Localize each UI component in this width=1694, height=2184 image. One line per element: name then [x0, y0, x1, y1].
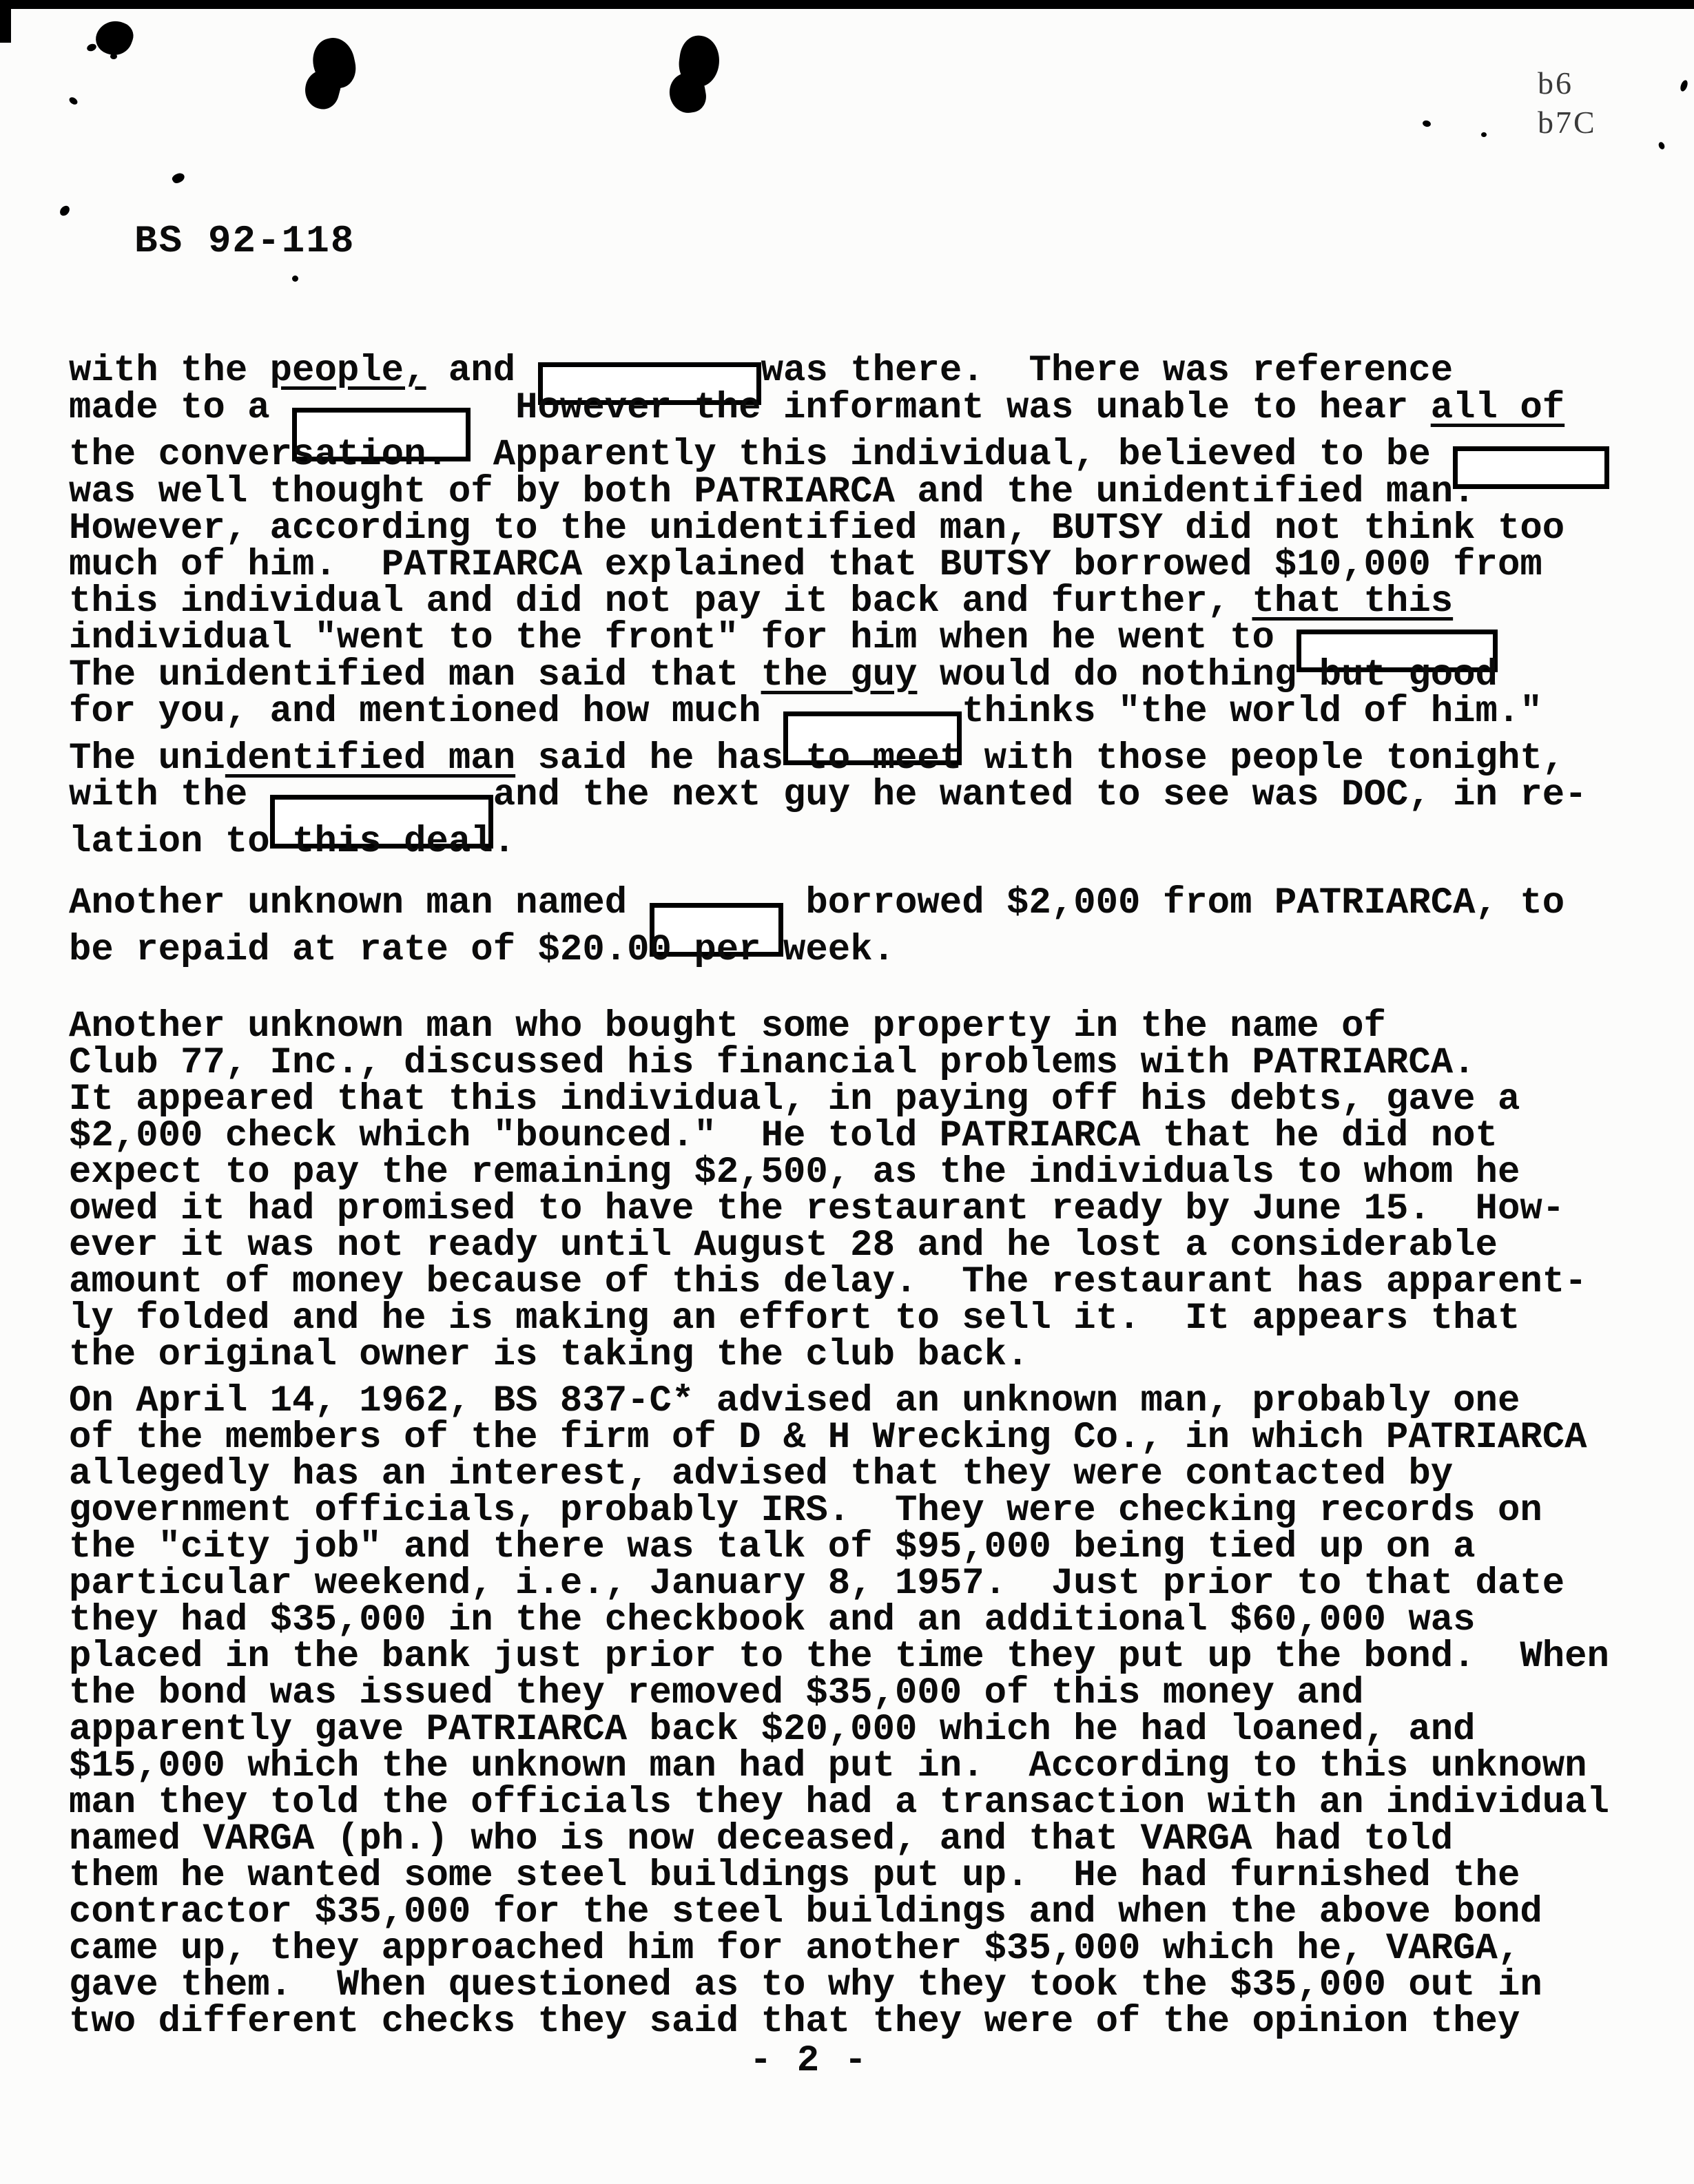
text-run: man they told the officials they had a t… — [69, 1782, 1609, 1824]
text-run: be repaid at rate of $20.00 per week. — [69, 929, 895, 971]
text-run: Club 77, Inc., discussed his financial p… — [69, 1042, 1476, 1084]
text-run: the original owner is taking the club ba… — [69, 1334, 1029, 1376]
text-line: ly folded and he is making an effort to … — [69, 1300, 1653, 1337]
text-run: was well thought of by both PATRIARCA an… — [69, 471, 1476, 513]
text-run: expect to pay the remaining $2,500, as t… — [69, 1152, 1520, 1194]
text-line: be repaid at rate of $20.00 per week. — [69, 932, 1653, 968]
text-run: It appeared that this individual, in pay… — [69, 1079, 1520, 1121]
text-run: Another unknown man who bought some prop… — [69, 1006, 1386, 1048]
text-run: borrowed $2,000 from PATRIARCA, to — [783, 882, 1564, 924]
text-line: The unidentified man said that the guy w… — [69, 657, 1653, 694]
text-line: $15,000 which the unknown man had put in… — [69, 1748, 1653, 1785]
text-line: allegedly has an interest, advised that … — [69, 1456, 1653, 1493]
text-line: named VARGA (ph.) who is now deceased, a… — [69, 1821, 1653, 1858]
text-run: However, according to the unidentified m… — [69, 508, 1564, 550]
paragraph: Another unknown man who bought some prop… — [69, 1008, 1653, 1373]
redaction-box — [1453, 446, 1609, 489]
ink-speck — [1679, 79, 1688, 92]
text-run: thinks "the world of him." — [962, 691, 1542, 733]
text-line: the original owner is taking the club ba… — [69, 1337, 1653, 1373]
text-line: The unidentified man said he has to meet… — [69, 740, 1653, 777]
text-line: gave them. When questioned as to why the… — [69, 1967, 1653, 2004]
text-run: for you, and mentioned how much — [69, 691, 783, 733]
text-run: $2,000 check which "bounced." He told PA… — [69, 1115, 1498, 1157]
text-run: came up, they approached him for another… — [69, 1928, 1520, 1970]
text-run: them he wanted some steel buildings put … — [69, 1855, 1520, 1897]
text-run: gave them. When questioned as to why the… — [69, 1964, 1542, 2006]
ink-speck — [68, 96, 79, 106]
text-line: Another unknown man who bought some prop… — [69, 1008, 1653, 1045]
text-line: $2,000 check which "bounced." He told PA… — [69, 1118, 1653, 1154]
text-line: placed in the bank just prior to the tim… — [69, 1639, 1653, 1675]
underlined-text: the guy — [761, 654, 918, 696]
text-line: Club 77, Inc., discussed his financial p… — [69, 1045, 1653, 1081]
text-line: contractor $35,000 for the steel buildin… — [69, 1894, 1653, 1931]
document-body: with the people, and was there. There wa… — [69, 353, 1653, 2040]
classification-mark-b6: b6 — [1538, 63, 1597, 103]
text-run: particular weekend, i.e., January 8, 195… — [69, 1563, 1564, 1605]
text-run: Another unknown man named — [69, 882, 650, 924]
text-run: government officials, probably IRS. They… — [69, 1490, 1542, 1532]
text-run: amount of money because of this delay. T… — [69, 1261, 1587, 1303]
ink-speck — [1481, 132, 1487, 137]
text-line: with the and the next guy he wanted to s… — [69, 777, 1653, 824]
underlined-text: that this — [1252, 581, 1453, 623]
text-run: However the informant was unable to hear — [471, 387, 1430, 429]
text-run: individual "went to the front" for him w… — [69, 617, 1297, 659]
text-line: the bond was issued they removed $35,000… — [69, 1675, 1653, 1712]
text-line: However, according to the unidentified m… — [69, 510, 1653, 547]
text-line: two different checks they said that they… — [69, 2004, 1653, 2040]
text-line: this individual and did not pay it back … — [69, 583, 1653, 620]
text-line: amount of money because of this delay. T… — [69, 1264, 1653, 1300]
text-line: individual "went to the front" for him w… — [69, 620, 1653, 657]
text-run: this individual and did not pay it back … — [69, 581, 1252, 623]
text-run: was there. There was reference — [761, 350, 1454, 392]
text-run: they had $35,000 in the checkbook and an… — [69, 1599, 1476, 1641]
text-run: ly folded and he is making an effort to … — [69, 1298, 1520, 1340]
text-run: ever it was not ready until August 28 an… — [69, 1225, 1498, 1267]
text-line: of the members of the firm of D & H Wrec… — [69, 1419, 1653, 1456]
text-line: On April 14, 1962, BS 837-C* advised an … — [69, 1383, 1653, 1419]
classification-marks: b6 b7C — [1538, 63, 1597, 142]
underlined-text: people, — [270, 350, 426, 392]
text-line: government officials, probably IRS. They… — [69, 1493, 1653, 1529]
text-line: for you, and mentioned how much thinks "… — [69, 694, 1653, 740]
paragraph: Another unknown man named borrowed $2,00… — [69, 885, 1653, 968]
text-run: the bond was issued they removed $35,000… — [69, 1672, 1364, 1714]
text-run: allegedly has an interest, advised that … — [69, 1453, 1453, 1495]
text-run: $15,000 which the unknown man had put in… — [69, 1745, 1587, 1787]
text-run: apparently gave PATRIARCA back $20,000 w… — [69, 1709, 1476, 1751]
text-line: ever it was not ready until August 28 an… — [69, 1227, 1653, 1264]
text-run: said he has to meet with those people to… — [515, 738, 1564, 780]
text-line: particular weekend, i.e., January 8, 195… — [69, 1566, 1653, 1602]
paragraph: with the people, and was there. There wa… — [69, 353, 1653, 860]
text-run: contractor $35,000 for the steel buildin… — [69, 1891, 1542, 1933]
ink-speck — [86, 43, 98, 52]
text-line: Another unknown man named borrowed $2,00… — [69, 885, 1653, 932]
text-run: would do nothing but good — [917, 654, 1498, 696]
text-line: made to a However the informant was unab… — [69, 390, 1653, 437]
text-run: the conversation. Apparently this indivi… — [69, 434, 1453, 476]
text-run: the "city job" and there was talk of $95… — [69, 1526, 1476, 1568]
page-number: - 2 - — [750, 2040, 868, 2082]
text-line: apparently gave PATRIARCA back $20,000 w… — [69, 1712, 1653, 1748]
text-run: placed in the bank just prior to the tim… — [69, 1636, 1609, 1678]
text-line: lation to this deal. — [69, 824, 1653, 860]
text-run: with the — [69, 774, 270, 816]
text-line: they had $35,000 in the checkbook and an… — [69, 1602, 1653, 1639]
scan-edge-top — [0, 0, 1694, 9]
classification-mark-b7c: b7C — [1538, 103, 1597, 142]
text-run: On April 14, 1962, BS 837-C* advised an … — [69, 1380, 1520, 1422]
ink-speck — [110, 54, 117, 59]
text-run: with the — [69, 350, 270, 392]
text-run: made to a — [69, 387, 292, 429]
text-run: two different checks they said that they… — [69, 2001, 1520, 2043]
text-line: the conversation. Apparently this indivi… — [69, 437, 1653, 474]
text-line: them he wanted some steel buildings put … — [69, 1858, 1653, 1894]
file-number: BS 92-118 — [134, 219, 355, 263]
text-run: and the next guy he wanted to see was DO… — [493, 774, 1587, 816]
ink-speck — [292, 275, 298, 282]
underlined-text: dentified man — [225, 738, 515, 780]
text-line: owed it had promised to have the restaur… — [69, 1191, 1653, 1227]
underlined-text: all of — [1431, 387, 1564, 429]
paragraph: On April 14, 1962, BS 837-C* advised an … — [69, 1383, 1653, 2040]
text-run: The uni — [69, 738, 225, 780]
text-line: with the people, and was there. There wa… — [69, 353, 1653, 390]
text-line: the "city job" and there was talk of $95… — [69, 1529, 1653, 1566]
text-run: much of him. PATRIARCA explained that BU… — [69, 544, 1542, 586]
text-line: expect to pay the remaining $2,500, as t… — [69, 1154, 1653, 1191]
ink-speck — [1422, 120, 1432, 128]
text-run: owed it had promised to have the restaur… — [69, 1188, 1564, 1230]
text-line: man they told the officials they had a t… — [69, 1785, 1653, 1821]
ink-speck — [58, 204, 71, 218]
text-line: much of him. PATRIARCA explained that BU… — [69, 547, 1653, 583]
text-line: was well thought of by both PATRIARCA an… — [69, 474, 1653, 510]
ink-speck — [171, 171, 186, 185]
text-run: and — [426, 350, 538, 392]
text-run: The unidentified man said that — [69, 654, 761, 696]
text-line: came up, they approached him for another… — [69, 1931, 1653, 1967]
text-run: lation to this deal. — [69, 821, 515, 863]
ink-speck — [1657, 141, 1666, 150]
scan-edge-left — [0, 0, 11, 43]
text-line: It appeared that this individual, in pay… — [69, 1081, 1653, 1118]
text-run: named VARGA (ph.) who is now deceased, a… — [69, 1818, 1453, 1860]
text-run: of the members of the firm of D & H Wrec… — [69, 1417, 1587, 1459]
